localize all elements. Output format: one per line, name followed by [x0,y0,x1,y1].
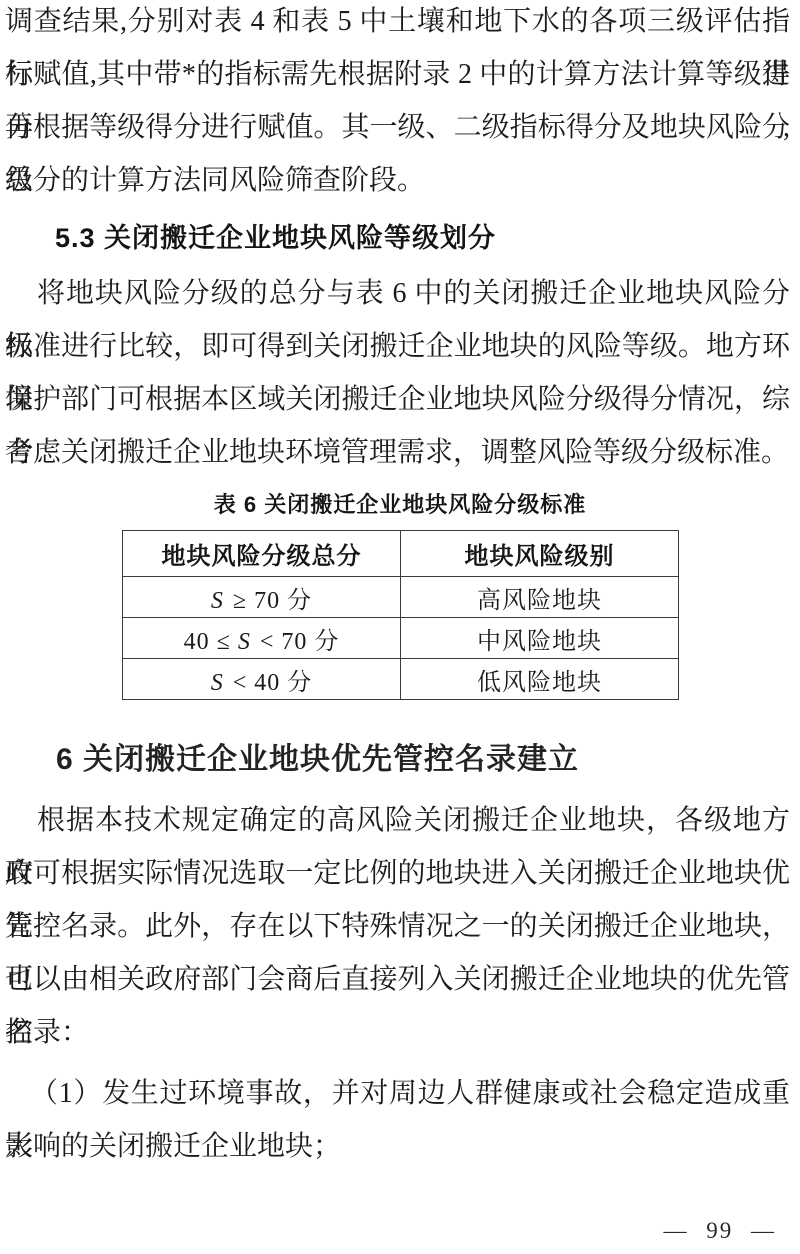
text-line: 保护部门可根据本区域关闭搬迁企业地块风险分级得分情况，综合 [5,373,790,426]
text-line: 可以由相关政府部门会商后直接列入关闭搬迁企业地块的优先管控 [5,953,790,1006]
text-line: 考虑关闭搬迁企业地块环境管理需求，调整风险等级分级标准。 [5,426,790,479]
text-line: （1）发生过环境事故，并对周边人群健康或社会稳定造成重大 [5,1067,790,1120]
column-header-score: 地块风险分级总分 [123,531,401,577]
text-line: 将地块风险分级的总分与表 6 中的关闭搬迁企业地块风险分级 [5,267,790,320]
text-line: 府可根据实际情况选取一定比例的地块进入关闭搬迁企业地块优先 [5,847,790,900]
range-prefix: 40 ≤ [184,629,238,655]
column-header-level: 地块风险级别 [401,531,679,577]
text-line: 调查结果,分别对表 4 和表 5 中土壤和地下水的各项三级评估指标进 [5,0,790,48]
range-suffix: < 70 分 [253,629,340,655]
text-line: 名录： [5,1006,790,1059]
risk-level-cell: 中风险地块 [401,618,679,659]
variable-s: S [211,670,226,696]
heading-5-3-risk-grade-division: 5.3 关闭搬迁企业地块风险等级划分 [5,221,790,255]
text-line: 总分的计算方法同风险筛查阶段。 [5,154,790,207]
text-line: 再根据等级得分进行赋值。其一级、二级指标得分及地块风险分级 [5,101,790,154]
risk-level-cell: 低风险地块 [401,659,679,700]
paragraph-list-item-1: （1）发生过环境事故，并对周边人群健康或社会稳定造成重大 影响的关闭搬迁企业地块… [5,1067,790,1173]
variable-s: S [238,629,253,655]
variable-s: S [211,588,226,614]
score-range-cell: S ≥ 70 分 [123,577,401,618]
score-range-cell: 40 ≤ S < 70 分 [123,618,401,659]
text-line: 根据本技术规定确定的高风险关闭搬迁企业地块，各级地方政 [5,794,790,847]
risk-grading-standard-table: 地块风险分级总分 地块风险级别 S ≥ 70 分 高风险地块 40 ≤ S < … [122,530,679,700]
page-number: — 99 — [664,1218,777,1244]
table-row: S ≥ 70 分 高风险地块 [123,577,679,618]
document-page: 调查结果,分别对表 4 和表 5 中土壤和地下水的各项三级评估指标进 行赋值,其… [0,0,800,1254]
table-row: 40 ≤ S < 70 分 中风险地块 [123,618,679,659]
range-suffix: ≥ 70 分 [226,588,312,614]
paragraph-priority-list-rules: 根据本技术规定确定的高风险关闭搬迁企业地块，各级地方政 府可根据实际情况选取一定… [5,794,790,1059]
risk-level-cell: 高风险地块 [401,577,679,618]
score-range-cell: S < 40 分 [123,659,401,700]
table-header-row: 地块风险分级总分 地块风险级别 [123,531,679,577]
paragraph-indicator-assignment: 调查结果,分别对表 4 和表 5 中土壤和地下水的各项三级评估指标进 行赋值,其… [5,0,790,207]
table-row: S < 40 分 低风险地块 [123,659,679,700]
table-caption: 表 6 关闭搬迁企业地块风险分级标准 [0,491,800,519]
text-line: 影响的关闭搬迁企业地块； [5,1120,790,1173]
range-suffix: < 40 分 [226,670,313,696]
text-line: 管控名录。此外，存在以下特殊情况之一的关闭搬迁企业地块，也 [5,900,790,953]
text-line: 标准进行比较，即可得到关闭搬迁企业地块的风险等级。地方环境 [5,320,790,373]
heading-6-priority-control-list: 6 关闭搬迁企业地块优先管控名录建立 [5,741,790,779]
paragraph-risk-grade-comparison: 将地块风险分级的总分与表 6 中的关闭搬迁企业地块风险分级 标准进行比较，即可得… [5,267,790,479]
text-line: 行赋值,其中带*的指标需先根据附录 2 中的计算方法计算等级得分, [5,48,790,101]
